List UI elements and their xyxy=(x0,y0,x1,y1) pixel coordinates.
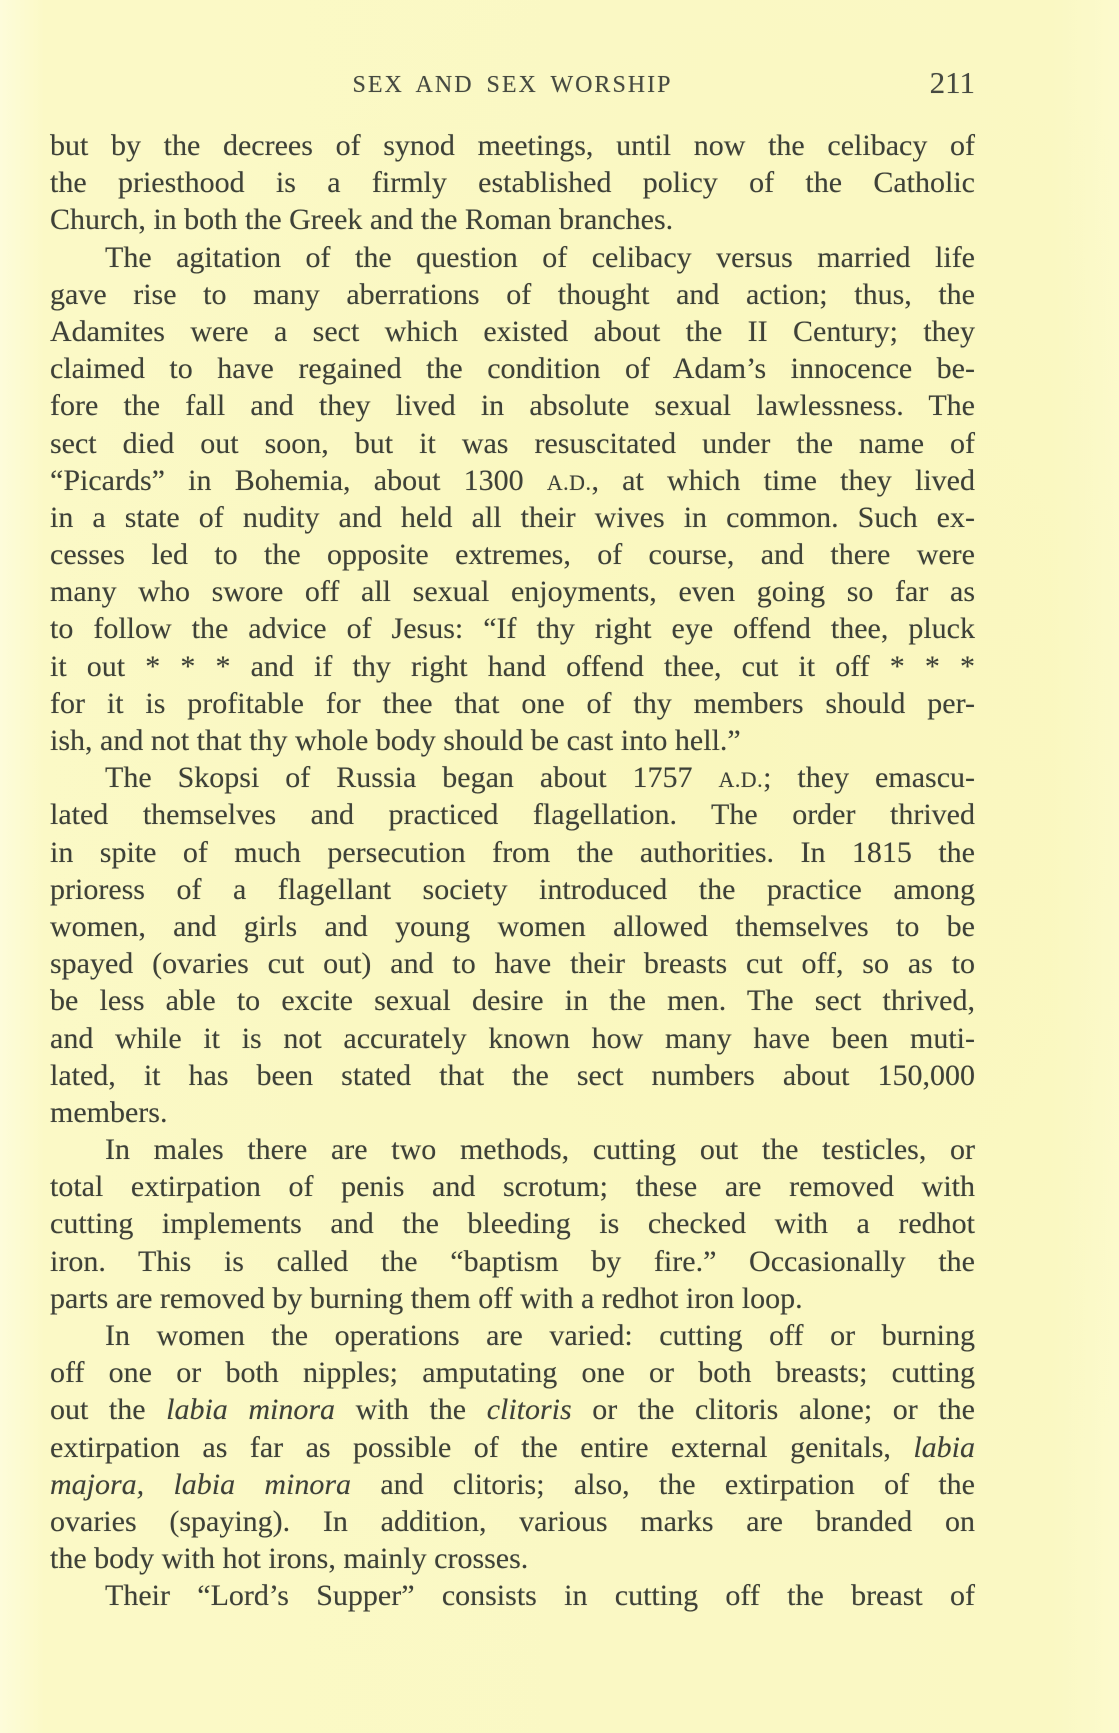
text-line: The agitation of the question of celibac… xyxy=(50,239,975,276)
text-line: sect died out soon, but it was resuscita… xyxy=(50,425,975,462)
text-segment: the body with hot irons, mainly crosses. xyxy=(50,1542,528,1575)
text-line: ish, and not that thy whole body should … xyxy=(50,722,975,759)
text-line: off one or both nipples; amputating one … xyxy=(50,1354,975,1391)
text-segment: ; they emascu- xyxy=(763,761,975,794)
text-segment: lated, it has been stated that the sect … xyxy=(50,1059,975,1092)
text-segment-italic: clitoris xyxy=(487,1393,572,1426)
text-line: gave rise to many aberrations of thought… xyxy=(50,276,975,313)
text-segment: sect died out soon, but it was resuscita… xyxy=(50,427,975,460)
text-segment: members. xyxy=(50,1096,167,1129)
text-line: The Skopsi of Russia began about 1757 A.… xyxy=(50,759,975,796)
text-segment: “Picards” in Bohemia, about 1300 xyxy=(50,464,547,497)
text-segment-sc: A.D. xyxy=(547,470,592,495)
text-segment: in a state of nudity and held all their … xyxy=(50,501,975,534)
running-header-title: SEX AND SEX WORSHIP xyxy=(50,73,975,97)
text-segment: In women the operations are varied: cutt… xyxy=(105,1319,975,1352)
page-body: but by the decrees of synod meetings, un… xyxy=(50,127,975,1615)
text-line: lated, it has been stated that the sect … xyxy=(50,1057,975,1094)
text-segment: parts are removed by burning them off wi… xyxy=(50,1282,803,1315)
text-segment-sc: A.D. xyxy=(719,767,764,792)
text-line: and while it is not accurately known how… xyxy=(50,1020,975,1057)
text-segment-italic: labia xyxy=(913,1431,975,1464)
text-segment: extirpation as far as possible of the en… xyxy=(50,1431,913,1464)
text-segment: or the clitoris alone; or the xyxy=(572,1393,975,1426)
text-line: the body with hot irons, mainly crosses. xyxy=(50,1540,975,1577)
text-line: ovaries (spaying). In addition, various … xyxy=(50,1503,975,1540)
text-segment: The agitation of the question of celibac… xyxy=(105,241,975,274)
text-line: prioress of a flagellant society introdu… xyxy=(50,871,975,908)
text-segment: Adamites were a sect which existed about… xyxy=(50,315,975,348)
text-line: to follow the advice of Jesus: “If thy r… xyxy=(50,610,975,647)
text-segment: The Skopsi of Russia began about 1757 xyxy=(105,761,719,794)
text-segment: for it is profitable for thee that one o… xyxy=(50,687,975,720)
text-line: but by the decrees of synod meetings, un… xyxy=(50,127,975,164)
text-segment: it out * * * and if thy right hand offen… xyxy=(50,650,975,683)
text-segment: to follow the advice of Jesus: “If thy r… xyxy=(50,612,975,645)
text-line: women, and girls and young women allowed… xyxy=(50,908,975,945)
text-segment: and clitoris; also, the extirpation of t… xyxy=(351,1468,975,1501)
text-segment: Church, in both the Greek and the Roman … xyxy=(50,203,673,236)
text-segment: the priesthood is a firmly established p… xyxy=(50,166,975,199)
text-segment: iron. This is called the “baptism by fir… xyxy=(50,1245,975,1278)
text-segment: out the xyxy=(50,1393,166,1426)
text-segment: In males there are two methods, cutting … xyxy=(105,1133,975,1166)
text-line: cutting implements and the bleeding is c… xyxy=(50,1205,975,1242)
text-line: cesses led to the opposite extremes, of … xyxy=(50,536,975,573)
text-line: lated themselves and practiced flagellat… xyxy=(50,796,975,833)
text-line: Adamites were a sect which existed about… xyxy=(50,313,975,350)
text-segment: fore the fall and they lived in absolute… xyxy=(50,389,975,422)
text-line: members. xyxy=(50,1094,975,1131)
running-header: SEX AND SEX WORSHIP 211 xyxy=(50,0,975,110)
text-line: the priesthood is a firmly established p… xyxy=(50,164,975,201)
text-segment: total extirpation of penis and scrotum; … xyxy=(50,1170,975,1203)
text-line: parts are removed by burning them off wi… xyxy=(50,1280,975,1317)
text-line: “Picards” in Bohemia, about 1300 A.D., a… xyxy=(50,462,975,499)
text-line: be less able to excite sexual desire in … xyxy=(50,982,975,1019)
text-segment: prioress of a flagellant society introdu… xyxy=(50,873,975,906)
text-line: many who swore off all sexual enjoyments… xyxy=(50,573,975,610)
text-segment: Their “Lord’s Supper” consists in cuttin… xyxy=(105,1579,975,1612)
text-segment: lated themselves and practiced flagellat… xyxy=(50,798,975,831)
page-number: 211 xyxy=(930,67,975,98)
text-segment: gave rise to many aberrations of thought… xyxy=(50,278,975,311)
text-segment: claimed to have regained the condition o… xyxy=(50,352,975,385)
text-line: iron. This is called the “baptism by fir… xyxy=(50,1243,975,1280)
text-line: majora, labia minora and clitoris; also,… xyxy=(50,1466,975,1503)
text-segment-italic: majora, labia minora xyxy=(50,1468,351,1501)
text-line: in a state of nudity and held all their … xyxy=(50,499,975,536)
book-page: SEX AND SEX WORSHIP 211 but by the decre… xyxy=(0,0,1119,1733)
text-line: Their “Lord’s Supper” consists in cuttin… xyxy=(50,1577,975,1614)
text-segment: and while it is not accurately known how… xyxy=(50,1022,975,1055)
text-line: claimed to have regained the condition o… xyxy=(50,350,975,387)
text-line: fore the fall and they lived in absolute… xyxy=(50,387,975,424)
text-segment: cesses led to the opposite extremes, of … xyxy=(50,538,975,571)
text-line: Church, in both the Greek and the Roman … xyxy=(50,201,975,238)
text-segment: cutting implements and the bleeding is c… xyxy=(50,1207,975,1240)
text-segment: ovaries (spaying). In addition, various … xyxy=(50,1505,975,1538)
text-line: In males there are two methods, cutting … xyxy=(50,1131,975,1168)
text-segment: women, and girls and young women allowed… xyxy=(50,910,975,943)
text-segment: spayed (ovaries cut out) and to have the… xyxy=(50,947,975,980)
text-line: total extirpation of penis and scrotum; … xyxy=(50,1168,975,1205)
text-segment: off one or both nipples; amputating one … xyxy=(50,1356,975,1389)
text-line: In women the operations are varied: cutt… xyxy=(50,1317,975,1354)
text-segment: , at which time they lived xyxy=(591,464,975,497)
text-segment: ish, and not that thy whole body should … xyxy=(50,724,741,757)
text-line: in spite of much persecution from the au… xyxy=(50,834,975,871)
text-line: extirpation as far as possible of the en… xyxy=(50,1429,975,1466)
text-segment: but by the decrees of synod meetings, un… xyxy=(50,129,975,162)
text-segment-italic: labia minora xyxy=(166,1393,335,1426)
text-segment: be less able to excite sexual desire in … xyxy=(50,984,975,1017)
text-segment: many who swore off all sexual enjoyments… xyxy=(50,575,975,608)
text-line: out the labia minora with the clitoris o… xyxy=(50,1391,975,1428)
text-segment: with the xyxy=(335,1393,487,1426)
text-line: spayed (ovaries cut out) and to have the… xyxy=(50,945,975,982)
text-line: for it is profitable for thee that one o… xyxy=(50,685,975,722)
text-line: it out * * * and if thy right hand offen… xyxy=(50,648,975,685)
text-segment: in spite of much persecution from the au… xyxy=(50,836,975,869)
